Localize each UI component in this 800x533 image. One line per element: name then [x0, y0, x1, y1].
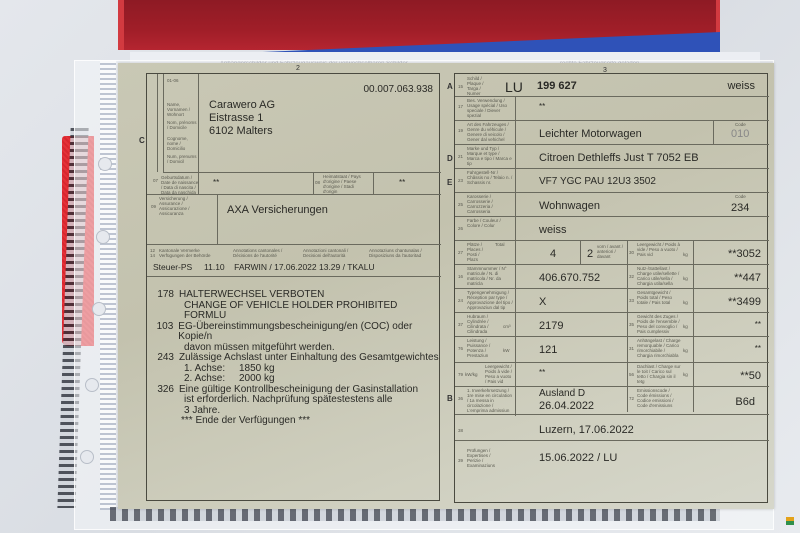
body-label: Karosserie / Carrosserie / Carrozzeria /… [467, 194, 513, 214]
roof-load-value: **50 [740, 370, 761, 382]
unit-label: kg [683, 372, 688, 377]
binder-peg-icon [98, 157, 112, 171]
type-approval-code: 24 [458, 298, 463, 303]
home-state-code: 08 [315, 180, 320, 185]
seats-front-label: vorn / avant / anteriori / davant [597, 244, 625, 259]
type-approval-value: X [539, 296, 546, 308]
note-text: HALTERWECHSEL VERBOTEN [179, 290, 324, 301]
first-registration-label: 1. Inverkehrsetzung / 1re mise en circul… [467, 388, 513, 413]
matricule-code: 16 [458, 274, 463, 279]
empty-weight-label: Leergewicht / Poids à vide / Peso a vuot… [637, 242, 681, 257]
payload-label: Nutz-/Sattellast / Charge utile/sellette… [637, 266, 681, 286]
power-label: Leistung / Puissance / Potenza / Prestaz… [467, 338, 497, 358]
matricule-value: 406.670.752 [539, 272, 600, 284]
first-registration-code: 36 [458, 396, 463, 401]
inspection-label: Prüfungen / Expertises / Perizie / Exami… [467, 448, 503, 468]
total-weight-code: 33 [629, 298, 634, 303]
binder-peg-icon [96, 230, 110, 244]
first-registration-date: 26.04.2022 [539, 400, 594, 412]
home-state-label: Heimatstaat / Pays d'origine / Paese d'o… [323, 174, 363, 194]
color-code: 26 [458, 226, 463, 231]
train-weight-value: ** [755, 320, 761, 329]
section-a-letter: A [447, 82, 453, 91]
unit-label: kg [683, 324, 688, 329]
trailer-load-label: Anhängelast / Charge remorquable / Caric… [637, 338, 681, 358]
insurance-value: AXA Versicherungen [227, 204, 328, 216]
trailer-load-value: ** [755, 344, 761, 353]
holder-field-code: 01-06 [167, 78, 179, 83]
binder-peg-icon [85, 378, 99, 392]
seats-label: Plätze / Places / Posti / Plazs [467, 242, 489, 262]
sleeve-rail [100, 60, 116, 510]
roof-load-label: Dachlast / Charge sur le toit / Carico s… [637, 364, 681, 384]
special-use-code: 17 [458, 104, 463, 109]
unit-label: kW [503, 348, 510, 353]
section-c-letter: C [139, 136, 145, 145]
section-e-letter: E [447, 178, 452, 187]
matricule-label: Stammnummer / N° matricule / N. di matri… [467, 266, 513, 286]
train-weight-code: 35 [629, 322, 634, 327]
unit-label: kg [683, 348, 688, 353]
seats-code: 27 [458, 250, 463, 255]
note-text: ist erforderlich. Nachprüfung spätestest… [155, 395, 439, 406]
binder-peg-icon [92, 302, 106, 316]
axle-value: 2000 kg [239, 374, 275, 385]
vehicle-type-code-value: 010 [731, 128, 749, 140]
unit-label: kg [683, 252, 688, 257]
vehicle-panel: A 15 Schild / Plaque / Targa / Numer LU … [454, 73, 768, 503]
holder-label-it: Cognome, nome / Domicilio [167, 136, 197, 151]
color-label: Farbe / Couleur / Colore / Colur [467, 218, 513, 228]
note-text: Zulässige Achslast unter Einhaltung des … [179, 353, 439, 364]
power-value: 121 [539, 344, 557, 356]
section-d-letter: D [447, 154, 453, 163]
seats-total-label: Total [495, 242, 511, 247]
note-text: CHANGE OF VEHICLE HOLDER PROHIBITED FORM… [155, 301, 439, 322]
plate-color: weiss [727, 80, 755, 92]
vehicle-type-label: Art des Fahrzeuges / Genre du véhicule /… [467, 122, 513, 142]
make-model-value: Citroen Dethleffs Just T 7052 EB [539, 152, 699, 164]
insurance-label: Versicherung / Assurance / Assicurazione… [159, 196, 195, 216]
empty-weight-code: 30 [629, 250, 634, 255]
make-model-label: Marke und Typ / Marque et type / Marca e… [467, 146, 513, 166]
unit-label: kg [683, 300, 688, 305]
insurance-code: 09 [151, 204, 156, 209]
plate-canton: LU [505, 79, 523, 95]
power-code: 76 [458, 346, 463, 351]
watermark-badge-icon [786, 517, 794, 525]
inspection-value: 15.06.2022 / LU [539, 452, 617, 464]
left-page-number: 2 [296, 65, 300, 72]
vehicle-type-value: Leichter Motorwagen [539, 128, 642, 140]
section-b-letter: B [447, 394, 453, 403]
special-use-label: Bes. Verwendung / Usage spécial / Uso sp… [467, 98, 513, 118]
power-weight-label: Leergewicht / Poids à vide / Peso a vuot… [485, 364, 513, 384]
first-registration-origin: Ausland D [539, 388, 585, 399]
holder-label-rm: Num, prenums / Domicil [167, 154, 197, 164]
body-value: Wohnwagen [539, 200, 600, 212]
home-state-value: ** [399, 178, 405, 187]
holder-label-fr: Nom, prénoms / Domicile [167, 120, 197, 130]
remarks-label-fr: Annotations cantonales / Décisions de l'… [233, 248, 289, 258]
emission-code-value: B6d [735, 396, 755, 408]
remarks-label-it: Annotazioni cantonali / Decisioni dell'a… [303, 248, 359, 258]
vin-value: VF7 YGC PAU 12U3 3502 [539, 176, 656, 187]
note-code: 103 [155, 322, 178, 343]
notes-end: *** Ende der Verfügungen *** [155, 416, 439, 427]
train-weight-label: Gewicht des Zuges / Poids de l'ensemble … [637, 314, 681, 334]
note-text: EG-Übereinstimmungsbescheinigung/en (COC… [178, 322, 439, 343]
seats-front-value: 2 [587, 248, 593, 260]
power-weight-code: 79 [458, 372, 463, 377]
payload-code: 32 [629, 274, 634, 279]
type-approval-label: Typengenehmigung / Réception par type / … [467, 290, 513, 310]
remarks-label-rm: Annotaziuns chantunalas / Disposiziuns d… [369, 248, 435, 258]
body-code: 25 [458, 202, 463, 207]
inspection-code: 39 [458, 458, 463, 463]
code-label: Code [735, 122, 746, 127]
total-weight-label: Gesamtgewicht / Poids total / Peso total… [637, 290, 681, 305]
holder-street: Eistrasse 1 [209, 112, 263, 124]
unit-label: kW/kg [465, 372, 478, 377]
empty-weight-value: **3052 [728, 248, 761, 260]
note-code: 326 [155, 385, 179, 396]
special-use-value: ** [539, 102, 545, 111]
trailer-load-code: 31 [629, 346, 634, 351]
emission-code-label: Emissionscode / Code émissions / Codice … [637, 388, 681, 408]
plate-label: Schild / Plaque / Targa / Numer [467, 76, 491, 96]
authority-decisions: 178HALTERWECHSEL VERBOTEN CHANGE OF VEHI… [155, 290, 439, 427]
roof-load-code: 56 [629, 372, 634, 377]
displacement-label: Hubraum / Cylindrée / Cilindrata / Cilin… [467, 314, 497, 334]
vehicle-registration-document: 2 3 C 01-06 Name, Vornamen / Wohnort Nom… [118, 63, 774, 509]
holder-city: 6102 Malters [209, 125, 273, 137]
seats-total-value: 4 [550, 248, 556, 260]
bottom-binder-strip [110, 507, 720, 521]
emission-code-code: 72 [629, 396, 634, 401]
displacement-code: 37 [458, 322, 463, 327]
make-model-code: 21 [458, 154, 463, 159]
holder-number: 00.007.063.938 [363, 84, 433, 95]
unit-label: cm³ [503, 324, 511, 329]
vehicle-type-code: 19 [458, 128, 463, 133]
remarks-label-de-b: Verfügungen der Behörde [159, 253, 219, 258]
holder-name: Carawero AG [209, 99, 275, 111]
plate-number: 199 627 [537, 80, 577, 92]
birth-date-value: ** [213, 178, 219, 187]
note-code: 243 [155, 353, 179, 364]
note-code: 178 [155, 290, 179, 301]
unit-label: kg [683, 276, 688, 281]
payload-value: **447 [734, 272, 761, 284]
color-value: weiss [539, 224, 567, 236]
issued-place-date: Luzern, 17.06.2022 [539, 424, 634, 436]
vin-label: Fahrgestell-Nr / Châssis no / Telaio n. … [467, 170, 513, 185]
holder-label-de: Name, Vornamen / Wohnort [167, 102, 197, 117]
total-weight-value: **3499 [728, 296, 761, 308]
plate-code: 15 [458, 84, 463, 89]
code-label: Code [735, 194, 746, 199]
remarks-code-b: 14 [150, 253, 154, 258]
power-weight-value: ** [539, 368, 545, 377]
vin-code: 23 [458, 178, 463, 183]
holder-panel: C 01-06 Name, Vornamen / Wohnort Nom, pr… [146, 73, 440, 501]
body-code-value: 234 [731, 202, 749, 214]
tax-line: Steuer-PS 11.10 FARWIN / 17.06.2022 13.2… [153, 262, 375, 272]
birth-date-label: Geburtsdatum / Date de naissance / Data … [161, 175, 199, 195]
binder-peg-icon [80, 450, 94, 464]
axle-label: 2. Achse: [184, 374, 239, 385]
issued-code: 38 [458, 428, 463, 433]
displacement-value: 2179 [539, 320, 563, 332]
